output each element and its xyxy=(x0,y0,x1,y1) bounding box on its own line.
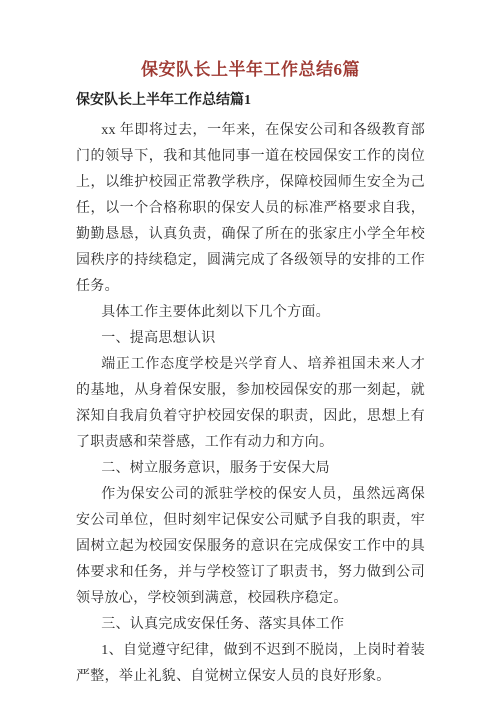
section-heading-1: 一、提高思想认识 xyxy=(76,326,425,352)
paragraph-section-2: 作为保安公司的派驻学校的保安人员，虽然远离保安公司单位，但时刻牢记保安公司赋予自… xyxy=(76,482,425,612)
paragraph-section-3-item-1: 1、自觉遵守纪律，做到不迟到不脱岗，上岗时着装严整，举止礼貌、自觉树立保安人员的… xyxy=(76,638,425,690)
paragraph-lead-in: 具体工作主要体此刻以下几个方面。 xyxy=(76,300,425,326)
document-title: 保安队长上半年工作总结6篇 xyxy=(76,58,425,82)
section-heading-3: 三、认真完成安保任务、落实具体工作 xyxy=(76,612,425,638)
document-subtitle: 保安队长上半年工作总结篇1 xyxy=(76,91,425,111)
section-heading-2: 二、树立服务意识，服务于安保大局 xyxy=(76,456,425,482)
document-body: xx 年即将过去，一年来，在保安公司和各级教育部门的领导下，我和其他同事一道在校… xyxy=(76,118,425,690)
document-page: 保安队长上半年工作总结6篇 保安队长上半年工作总结篇1 xx 年即将过去，一年来… xyxy=(0,0,500,707)
paragraph-section-1: 端正工作态度学校是兴学育人、培养祖国未来人才的基地，从身着保安服，参加校园保安的… xyxy=(76,352,425,456)
paragraph-intro: xx 年即将过去，一年来，在保安公司和各级教育部门的领导下，我和其他同事一道在校… xyxy=(76,118,425,300)
